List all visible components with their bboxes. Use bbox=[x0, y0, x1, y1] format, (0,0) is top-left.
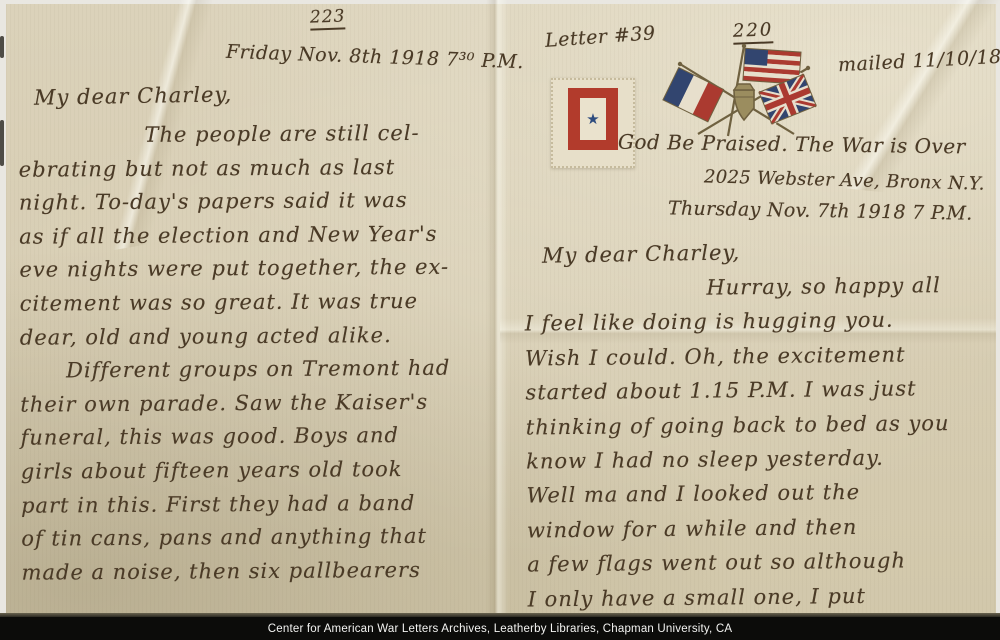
stamp-white-field: ★ bbox=[580, 98, 606, 140]
salutation-left: My dear Charley, bbox=[34, 82, 233, 109]
letter-body-right: Hurray, so happy all I feel like doing i… bbox=[524, 268, 1000, 617]
handwritten-line: I only have a small one, I put bbox=[527, 577, 1000, 616]
handwritten-line: The people are still cel- bbox=[18, 116, 498, 153]
handwritten-line: funeral, this was good. Boys and bbox=[20, 419, 500, 456]
stamp-red-frame: ★ bbox=[568, 88, 618, 150]
salutation-right: My dear Charley, bbox=[542, 240, 741, 267]
handwritten-line: a few flags went out so although bbox=[527, 543, 1000, 582]
crossed-allied-flags-emblem bbox=[652, 40, 838, 140]
handwritten-line: window for a while and then bbox=[527, 508, 1000, 547]
handwritten-line: their own parade. Saw the Kaiser's bbox=[20, 385, 500, 422]
handwritten-line: I feel like doing is hugging you. bbox=[525, 302, 999, 341]
handwritten-line: Wish I could. Oh, the excitement bbox=[525, 336, 999, 375]
scan-edge-artifact bbox=[0, 120, 4, 166]
handwritten-line: Different groups on Tremont had bbox=[20, 351, 500, 388]
letter-body-left: The people are still cel- ebrating but n… bbox=[18, 116, 501, 590]
handwritten-line: of tin cans, pans and anything that bbox=[21, 519, 501, 556]
handwritten-line: night. To-day's papers said it was bbox=[19, 184, 499, 221]
war-is-over-headline: God Be Praised. The War is Over bbox=[618, 130, 966, 159]
handwritten-line: as if all the election and New Year's bbox=[19, 217, 499, 254]
letter-scan: 223 Friday Nov. 8th 1918 7³⁰ P.M. My dea… bbox=[0, 0, 1000, 640]
blue-star-service-stamp: ★ bbox=[551, 78, 635, 168]
scan-edge-artifact bbox=[0, 36, 4, 58]
handwritten-line: made a noise, then six pallbearers bbox=[21, 553, 501, 590]
handwritten-line: citement was so great. It was true bbox=[20, 284, 500, 321]
handwritten-line: dear, old and young acted alike. bbox=[20, 318, 500, 355]
shield-icon bbox=[734, 84, 754, 120]
credit-bar: Center for American War Letters Archives… bbox=[0, 617, 1000, 640]
blue-star-icon: ★ bbox=[586, 112, 599, 127]
page-number-left: 223 bbox=[310, 6, 346, 30]
handwritten-line: eve nights were put together, the ex- bbox=[19, 251, 499, 288]
archive-credit-text: Center for American War Letters Archives… bbox=[268, 623, 732, 635]
handwritten-line: started about 1.15 P.M. I was just bbox=[525, 371, 999, 410]
handwritten-line: Well ma and I looked out the bbox=[526, 474, 1000, 513]
france-flag-icon bbox=[663, 68, 724, 122]
handwritten-line: Hurray, so happy all bbox=[524, 268, 998, 307]
handwritten-line: ebrating but not as much as last bbox=[19, 150, 499, 187]
handwritten-line: girls about fifteen years old took bbox=[21, 452, 501, 489]
handwritten-line: thinking of going back to bed as you bbox=[526, 405, 1000, 444]
handwritten-line: part in this. First they had a band bbox=[21, 486, 501, 523]
handwritten-line: know I had no sleep yesterday. bbox=[526, 440, 1000, 479]
